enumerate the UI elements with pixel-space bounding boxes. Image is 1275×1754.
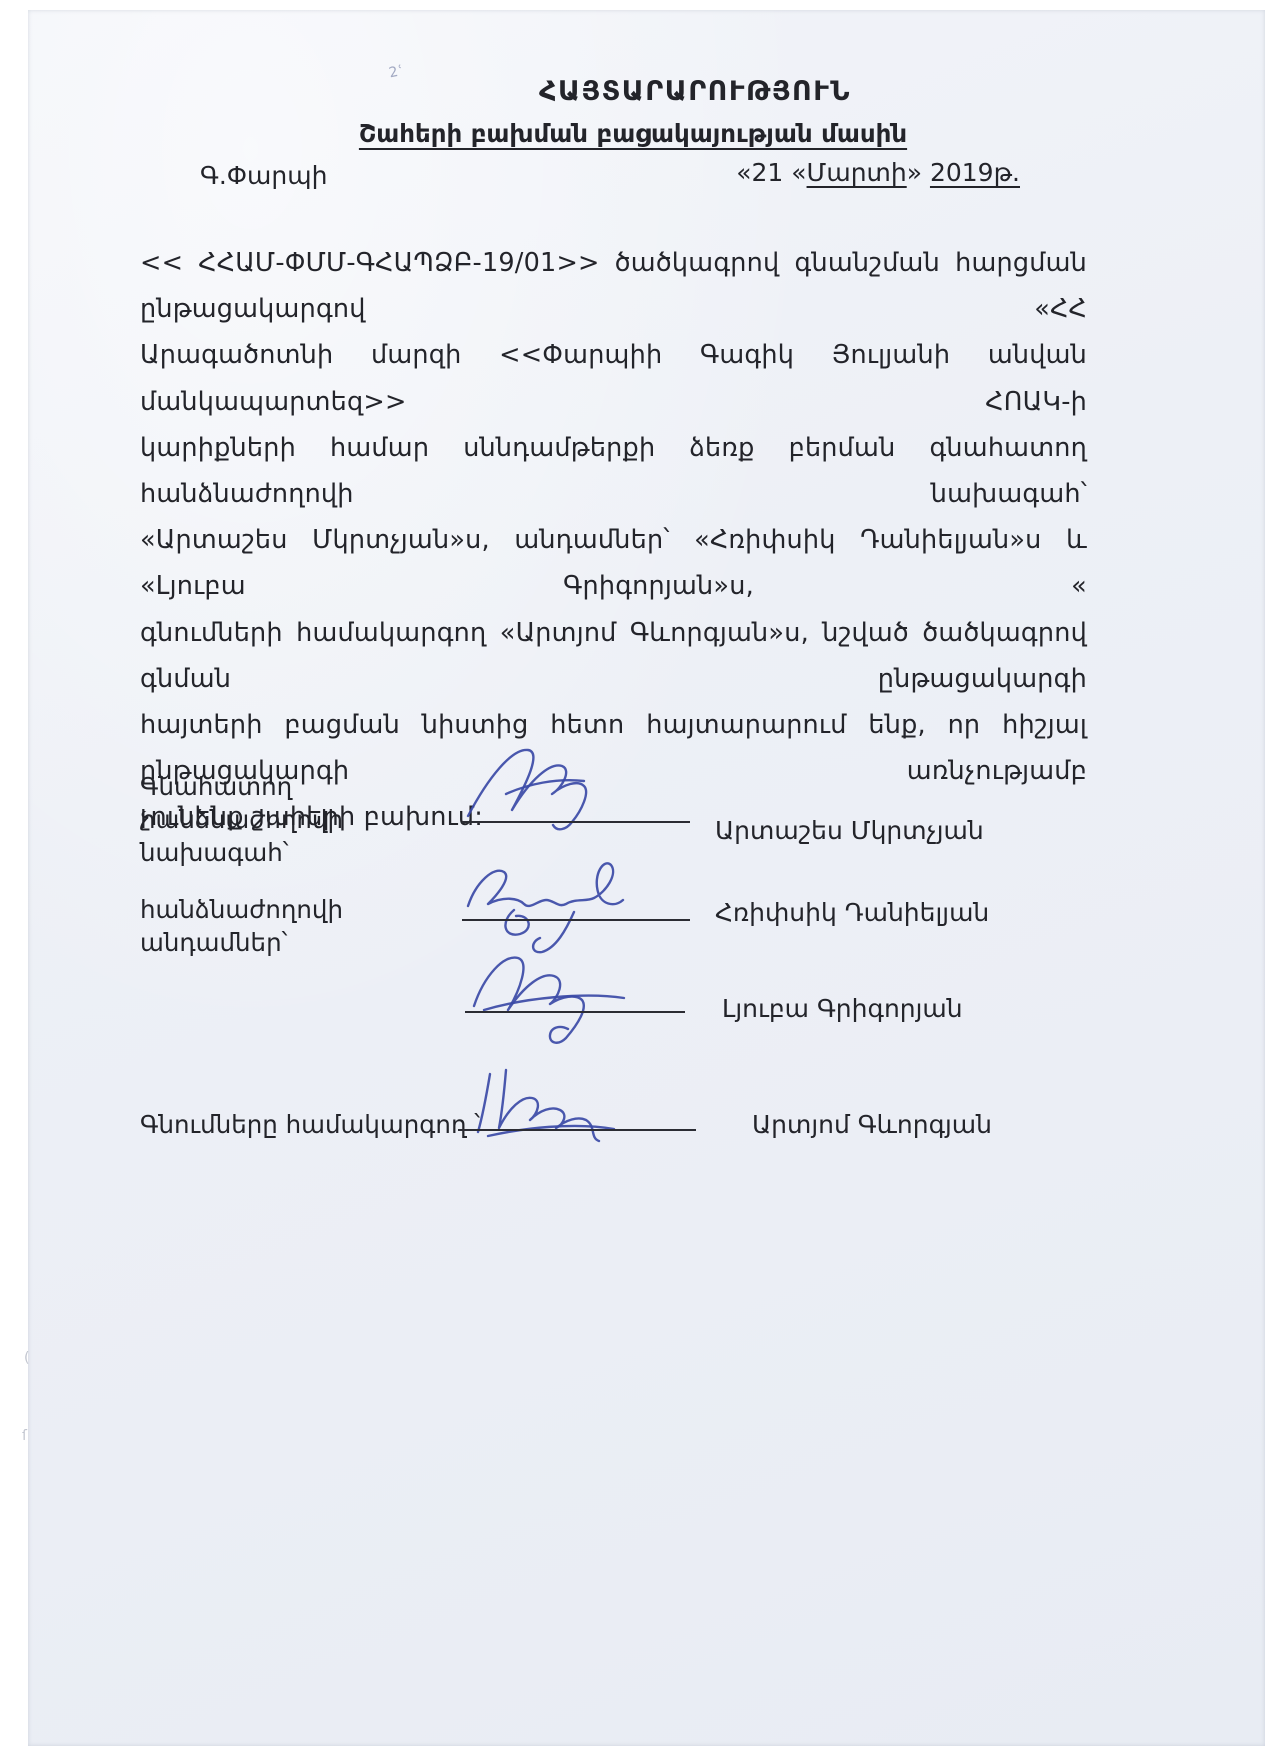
signature-artashes-mkrtchyan: [452, 736, 642, 840]
signer-name: Արտաշես Մկրտչյան: [715, 816, 984, 845]
signature-line: [458, 1129, 696, 1131]
body-line: կարիքների համար սննդամթերքի ձեռք բերման …: [140, 425, 1087, 517]
signature-role-members: հանձնաժողովի անդամներ՝: [140, 893, 343, 959]
scan-artifact: (: [24, 1350, 29, 1366]
body-line: Արագածոտնի մարզի <<Փարպիի Գագիկ Յուլյանի…: [140, 332, 1087, 424]
signature-artyom-gevorgyan: [462, 1056, 657, 1152]
document-title: ՀԱՅՏԱՐԱՐՈՒԹՅՈՒՆ: [539, 76, 851, 107]
signature-line: [465, 1011, 685, 1013]
signature-role-chairman: Գնահատող հանձնաժողովի նախագահ՝: [140, 770, 343, 869]
signature-line: [462, 821, 690, 823]
label-line: հանձնաժողովի: [140, 803, 343, 836]
date-line: «21 «Մարտի» 2019թ.: [736, 158, 1020, 187]
scan-artifact: ſ: [22, 1428, 27, 1444]
place-label: Գ.Փարպի: [200, 161, 327, 190]
label-line: նախագահ՝: [140, 836, 343, 869]
date-year: 2019թ.: [930, 158, 1020, 187]
signer-name: Հռիփսիկ Դանիելյան: [715, 898, 989, 927]
pencil-annotation: 2ՙ: [388, 63, 406, 82]
label-line: Գնահատող: [140, 770, 343, 803]
date-separator: »: [907, 158, 930, 187]
signature-line: [462, 919, 690, 921]
label-line: Գնումները համակարգող ՝: [140, 1108, 480, 1141]
body-line: << ՀՀԱՄ-ՓՄՄ-ԳՀԱՊՁԲ-19/01>> ծածկագրով գնա…: [140, 240, 1087, 332]
signature-lyuba-grigoryan: [452, 944, 667, 1052]
scanned-declaration-page: { "document": { "pencil_mark": "2ՙ", "ti…: [0, 0, 1275, 1754]
signature-role-coordinator: Գնումները համակարգող ՝: [140, 1108, 480, 1141]
signer-name: Արտյոմ Գևորգյան: [752, 1110, 992, 1139]
label-line: հանձնաժողովի: [140, 893, 343, 926]
date-prefix: «21 «: [736, 158, 806, 187]
body-line: «Արտաշես Մկրտչյան»ս, անդամներ՝ «Հռիփսիկ …: [140, 517, 1087, 609]
label-line: անդամներ՝: [140, 926, 343, 959]
signer-name: Լյուբա Գրիգորյան: [722, 994, 963, 1023]
body-line: գնումների համակարգող «Արտյոմ Գևորգյան»ս,…: [140, 610, 1087, 702]
date-month: Մարտի: [807, 158, 907, 187]
document-subtitle: Շահերի բախման բացակայության մասին: [359, 119, 907, 148]
